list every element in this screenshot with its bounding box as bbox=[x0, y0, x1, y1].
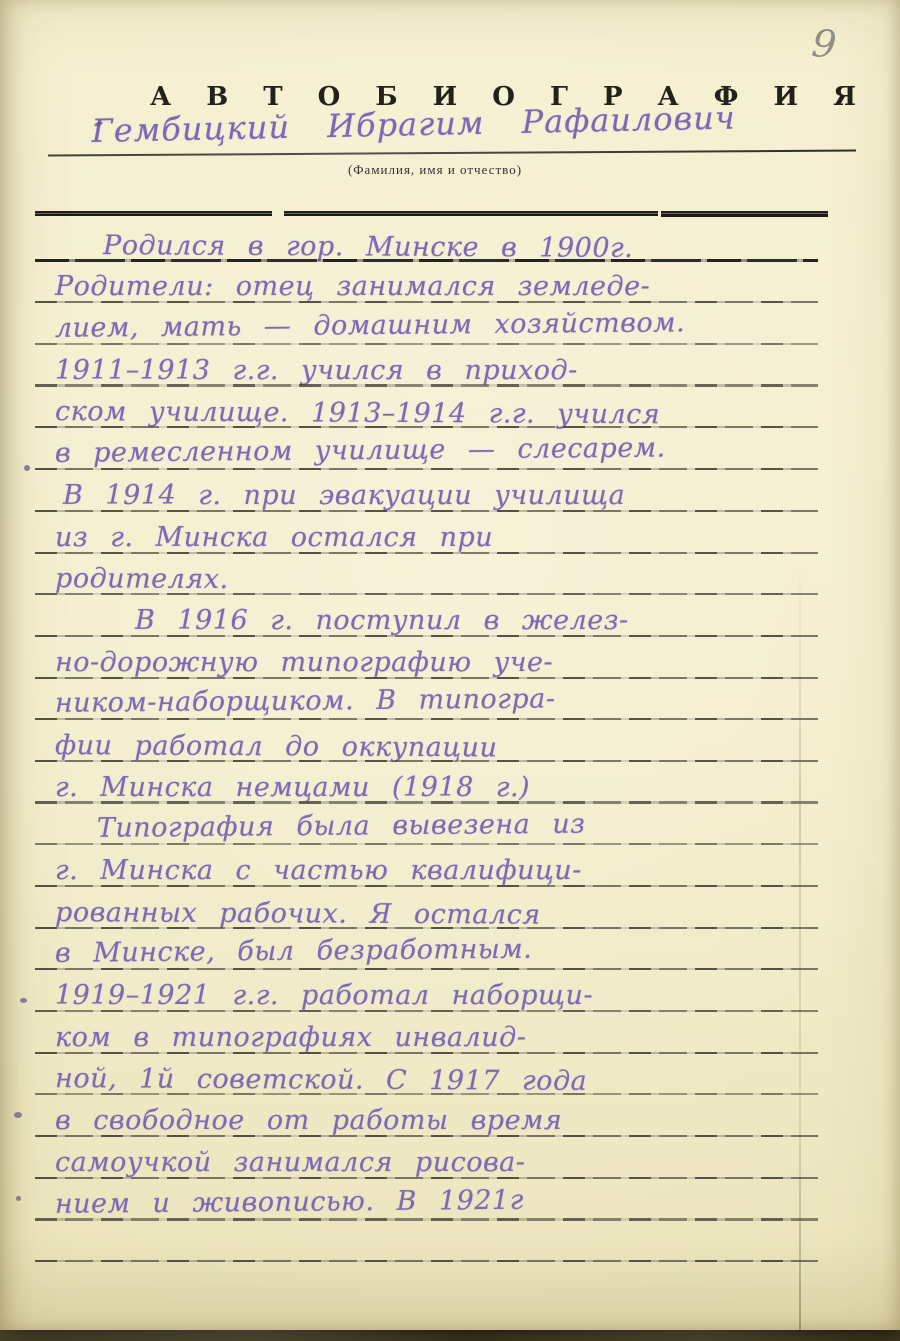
separator-segment bbox=[284, 211, 658, 216]
scan-edge bbox=[0, 1330, 900, 1341]
manuscript-text: лием, мать — домашним хозяйством. bbox=[35, 307, 686, 344]
manuscript-text: ником-наборщиком. В типогра- bbox=[35, 684, 556, 720]
manuscript-text: В 1916 г. поступил в желез- bbox=[115, 605, 629, 636]
manuscript-line: г. Минска с частью квалифици- bbox=[35, 845, 818, 887]
manuscript-text: г. Минска с частью квалифици- bbox=[35, 855, 582, 886]
manuscript-text: в Минске, был безработным. bbox=[35, 934, 533, 969]
manuscript-line: но-дорожную типографию уче- bbox=[35, 637, 818, 679]
manuscript-text: ком в типографиях инвалид- bbox=[35, 1022, 526, 1053]
manuscript-line: ком в типографиях инвалид- bbox=[35, 1012, 818, 1054]
manuscript-line: Родился в гор. Минске в 1900г. bbox=[35, 220, 818, 262]
manuscript-text: фии работал до оккупации bbox=[35, 730, 497, 763]
manuscript-text: В 1914 г. при эвакуации училища bbox=[43, 480, 625, 511]
separator-segment bbox=[35, 211, 272, 216]
manuscript-line: В 1916 г. поступил в желез- bbox=[35, 595, 818, 637]
manuscript-line: из г. Минска остался при bbox=[35, 512, 818, 554]
page-number: 9 bbox=[810, 21, 839, 67]
manuscript-line bbox=[35, 1221, 818, 1263]
manuscript-line: рованных рабочих. Я остался bbox=[35, 887, 818, 929]
manuscript-text: в свободное от работы время bbox=[35, 1105, 562, 1136]
ruled-line bbox=[35, 1260, 818, 1262]
manuscript-line: Родители: отец занимался земледе- bbox=[35, 262, 818, 304]
manuscript-line: родителях. bbox=[35, 554, 818, 596]
manuscript-line: в Минске, был безработным. bbox=[35, 929, 818, 971]
manuscript-line: г. Минска немцами (1918 г.) bbox=[35, 762, 818, 804]
manuscript-text: нием и живописью. В 1921г bbox=[35, 1184, 524, 1219]
paper-crease bbox=[799, 560, 801, 1341]
manuscript-text: родителях. bbox=[35, 563, 229, 595]
manuscript-text: в ремесленном училище — слесарем. bbox=[35, 433, 666, 470]
manuscript-text: г. Минска немцами (1918 г.) bbox=[35, 772, 530, 803]
separator-rule bbox=[0, 211, 900, 219]
manuscript-text: 1911–1913 г.г. учился в приход- bbox=[35, 355, 578, 386]
manuscript-text: рованных рабочих. Я остался bbox=[35, 897, 541, 931]
manuscript-body: Родился в гор. Минске в 1900г. Родители:… bbox=[35, 220, 818, 1262]
name-caption: (Фамилия, имя и отчество) bbox=[285, 162, 585, 178]
manuscript-line: самоучкой занимался рисова- bbox=[35, 1137, 818, 1179]
ink-mark bbox=[24, 465, 30, 471]
manuscript-line: 1911–1913 г.г. учился в приход- bbox=[35, 345, 818, 387]
manuscript-line: Типография была вывезена из bbox=[35, 804, 818, 846]
document-page: 9 А В Т О Б И О Г Р А Ф И Я Гембицкий Иб… bbox=[0, 0, 900, 1341]
manuscript-line: лием, мать — домашним хозяйством. bbox=[35, 303, 818, 345]
manuscript-line: нием и живописью. В 1921г bbox=[35, 1179, 818, 1221]
manuscript-line: В 1914 г. при эвакуации училища bbox=[35, 470, 818, 512]
manuscript-line: 1919–1921 г.г. работал наборщи- bbox=[35, 970, 818, 1012]
manuscript-text: самоучкой занимался рисова- bbox=[35, 1147, 525, 1178]
ink-mark bbox=[14, 1112, 22, 1118]
manuscript-text: но-дорожную типографию уче- bbox=[35, 647, 553, 678]
manuscript-text: ной, 1й советской. С 1917 года bbox=[35, 1063, 587, 1097]
manuscript-text: Родители: отец занимался земледе- bbox=[35, 271, 650, 302]
manuscript-text: из г. Минска остался при bbox=[35, 522, 493, 553]
ink-mark bbox=[20, 998, 27, 1003]
separator-segment bbox=[661, 211, 828, 217]
manuscript-line: ском училище. 1913–1914 г.г. учился bbox=[35, 387, 818, 429]
manuscript-line: ником-наборщиком. В типогра- bbox=[35, 679, 818, 721]
manuscript-line: в свободное от работы время bbox=[35, 1095, 818, 1137]
manuscript-text: 1919–1921 г.г. работал наборщи- bbox=[35, 980, 593, 1011]
manuscript-text: Типография была вывезена из bbox=[77, 809, 586, 844]
manuscript-line: в ремесленном училище — слесарем. bbox=[35, 428, 818, 470]
manuscript-line: фии работал до оккупации bbox=[35, 720, 818, 762]
manuscript-line: ной, 1й советской. С 1917 года bbox=[35, 1054, 818, 1096]
ink-mark bbox=[16, 1196, 21, 1201]
name-underline bbox=[48, 150, 856, 157]
